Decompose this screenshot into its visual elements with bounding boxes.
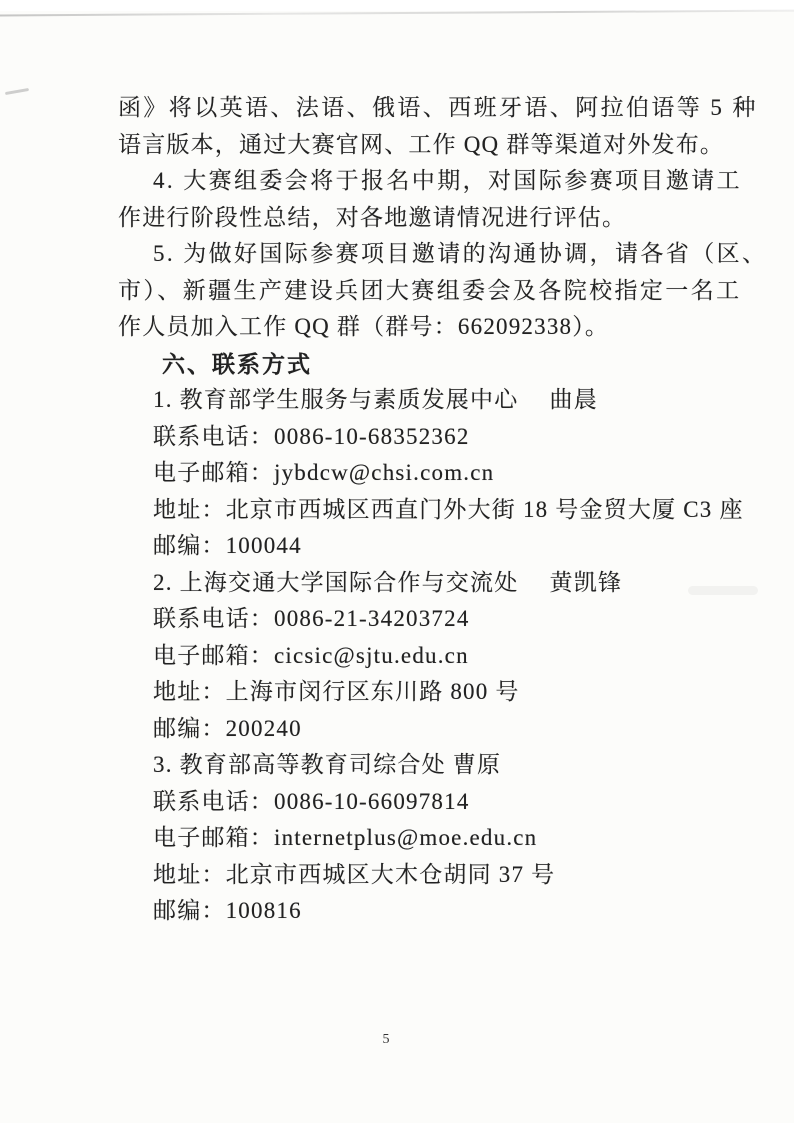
scan-artifact-dash [5, 88, 29, 95]
text-line: 联系电话：0086-10-68352362 [118, 419, 684, 456]
document-page: 函》将以英语、法语、俄语、西班牙语、阿拉伯语等 5 种语言版本，通过大赛官网、工… [0, 0, 794, 1123]
text-line: 5. 为做好国际参赛项目邀请的沟通协调，请各省（区、 [118, 236, 684, 273]
text-line: 2. 上海交通大学国际合作与交流处 黄凯锋 [118, 565, 684, 602]
text-line: 3. 教育部高等教育司综合处 曹原 [118, 747, 684, 784]
text-line: 语言版本，通过大赛官网、工作 QQ 群等渠道对外发布。 [118, 127, 684, 164]
text-line: 电子邮箱：internetplus@moe.edu.cn [118, 820, 684, 857]
scan-artifact-smudge [688, 586, 758, 595]
text-line: 函》将以英语、法语、俄语、西班牙语、阿拉伯语等 5 种 [118, 90, 684, 127]
text-line: 电子邮箱：cicsic@sjtu.edu.cn [118, 638, 684, 675]
text-line: 作人员加入工作 QQ 群（群号：662092338）。 [118, 309, 684, 346]
text-line: 作进行阶段性总结，对各地邀请情况进行评估。 [118, 200, 684, 237]
text-line: 4. 大赛组委会将于报名中期，对国际参赛项目邀请工 [118, 163, 684, 200]
text-line: 联系电话：0086-10-66097814 [118, 784, 684, 821]
text-line: 地址：上海市闵行区东川路 800 号 [118, 674, 684, 711]
text-line: 联系电话：0086-21-34203724 [118, 601, 684, 638]
text-line: 地址：北京市西城区大木仓胡同 37 号 [118, 857, 684, 894]
document-body: 函》将以英语、法语、俄语、西班牙语、阿拉伯语等 5 种语言版本，通过大赛官网、工… [118, 90, 684, 930]
section-heading: 六、联系方式 [118, 346, 684, 383]
text-line: 邮编：100044 [118, 528, 684, 565]
text-line: 地址：北京市西城区西直门外大街 18 号金贸大厦 C3 座 [118, 492, 684, 529]
text-line: 邮编：100816 [118, 893, 684, 930]
text-line: 市）、新疆生产建设兵团大赛组委会及各院校指定一名工 [118, 273, 684, 310]
text-line: 电子邮箱：jybdcw@chsi.com.cn [118, 455, 684, 492]
page-number: 5 [0, 1032, 772, 1048]
text-line: 1. 教育部学生服务与素质发展中心 曲晨 [118, 382, 684, 419]
text-line: 邮编：200240 [118, 711, 684, 748]
